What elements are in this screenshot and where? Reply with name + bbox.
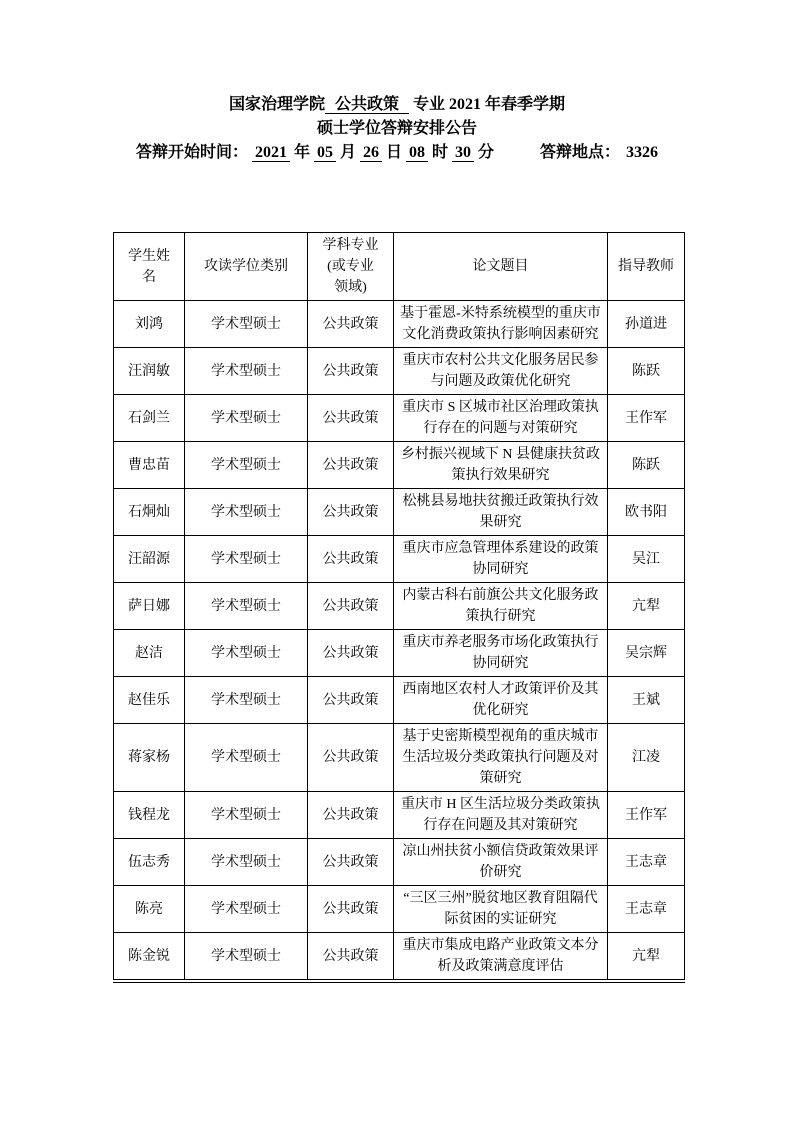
cell-advisor: 孙道进 — [608, 301, 685, 348]
cell-name: 赵洁 — [114, 630, 185, 677]
cell-name: 陈金锐 — [114, 933, 185, 982]
cell-name: 伍志秀 — [114, 839, 185, 886]
cell-major: 公共政策 — [308, 583, 394, 630]
cell-major: 公共政策 — [308, 301, 394, 348]
defense-minute: 30 — [452, 144, 474, 162]
cell-name: 赵佳乐 — [114, 677, 185, 724]
table-row: 伍志秀学术型硕士公共政策凉山州扶贫小额信贷政策效果评价研究王志章 — [114, 839, 685, 886]
cell-degree: 学术型硕士 — [185, 630, 308, 677]
hour-unit: 时 — [432, 144, 448, 161]
table-header-row: 学生姓 名 攻读学位类别 学科专业 (或专业 领域) 论文题目 指导教师 — [114, 233, 685, 301]
cell-title: 凉山州扶贫小额信贷政策效果评价研究 — [394, 839, 608, 886]
defense-time-line: 答辩开始时间：2021年05月26日08时30分答辩地点：3326 — [0, 141, 794, 165]
page: { "header": { "line1": { "school": "国家治理… — [0, 0, 794, 1123]
cell-major: 公共政策 — [308, 442, 394, 489]
table-row: 曹忠苗学术型硕士公共政策乡村振兴视域下 N 县健康扶贫政策执行效果研究陈跃 — [114, 442, 685, 489]
defense-year: 2021 — [252, 144, 290, 162]
cell-advisor: 江凌 — [608, 724, 685, 792]
cell-degree: 学术型硕士 — [185, 536, 308, 583]
table-row: 石烔灿学术型硕士公共政策松桃县易地扶贫搬迁政策执行效果研究欧书阳 — [114, 489, 685, 536]
cell-title: 重庆市养老服务市场化政策执行协同研究 — [394, 630, 608, 677]
year-unit: 年 — [294, 144, 310, 161]
cell-major: 公共政策 — [308, 630, 394, 677]
cell-title: 基于霍恩-米特系统模型的重庆市文化消费政策执行影响因素研究 — [394, 301, 608, 348]
cell-major: 公共政策 — [308, 348, 394, 395]
defense-location-value: 3326 — [626, 144, 658, 161]
cell-degree: 学术型硕士 — [185, 677, 308, 724]
defense-hour: 08 — [406, 144, 428, 162]
cell-advisor: 欧书阳 — [608, 489, 685, 536]
cell-advisor: 王作军 — [608, 792, 685, 839]
cell-degree: 学术型硕士 — [185, 489, 308, 536]
defense-time-label: 答辩开始时间： — [136, 144, 248, 161]
cell-advisor: 王志章 — [608, 886, 685, 933]
defense-day: 26 — [360, 144, 382, 162]
document-title-line1: 国家治理学院公共政策 专业 2021 年春季学期 — [0, 93, 794, 117]
cell-advisor: 王作军 — [608, 395, 685, 442]
column-header-student-name: 学生姓 名 — [114, 233, 185, 301]
cell-title: 乡村振兴视域下 N 县健康扶贫政策执行效果研究 — [394, 442, 608, 489]
cell-title: 重庆市集成电路产业政策文本分析及政策满意度评估 — [394, 933, 608, 982]
cell-title: 重庆市应急管理体系建设的政策协同研究 — [394, 536, 608, 583]
document-title-line2: 硕士学位答辩安排公告 — [0, 117, 794, 141]
table-row: 赵洁学术型硕士公共政策重庆市养老服务市场化政策执行协同研究吴宗辉 — [114, 630, 685, 677]
cell-degree: 学术型硕士 — [185, 301, 308, 348]
cell-major: 公共政策 — [308, 839, 394, 886]
table-row: 石剑兰学术型硕士公共政策重庆市 S 区城市社区治理政策执行存在的问题与对策研究王… — [114, 395, 685, 442]
cell-degree: 学术型硕士 — [185, 583, 308, 630]
cell-advisor: 亢犁 — [608, 583, 685, 630]
cell-degree: 学术型硕士 — [185, 839, 308, 886]
table-row: 陈亮学术型硕士公共政策“三区三州”脱贫地区教育阻隔代际贫困的实证研究王志章 — [114, 886, 685, 933]
table-row: 赵佳乐学术型硕士公共政策西南地区农村人才政策评价及其优化研究王斌 — [114, 677, 685, 724]
cell-name: 陈亮 — [114, 886, 185, 933]
column-header-major: 学科专业 (或专业 领域) — [308, 233, 394, 301]
table-row: 蒋家杨学术型硕士公共政策基于史密斯模型视角的重庆城市生活垃圾分类政策执行问题及对… — [114, 724, 685, 792]
cell-major: 公共政策 — [308, 395, 394, 442]
cell-name: 曹忠苗 — [114, 442, 185, 489]
cell-name: 石剑兰 — [114, 395, 185, 442]
cell-title: 重庆市 H 区生活垃圾分类政策执行存在问题及其对策研究 — [394, 792, 608, 839]
table-row: 汪润敏学术型硕士公共政策重庆市农村公共文化服务居民参与问题及政策优化研究陈跃 — [114, 348, 685, 395]
school-name: 国家治理学院 — [229, 96, 325, 113]
defense-month: 05 — [314, 144, 336, 162]
cell-major: 公共政策 — [308, 792, 394, 839]
cell-degree: 学术型硕士 — [185, 395, 308, 442]
cell-degree: 学术型硕士 — [185, 442, 308, 489]
table-body: 刘鸿学术型硕士公共政策基于霍恩-米特系统模型的重庆市文化消费政策执行影响因素研究… — [114, 301, 685, 982]
table-row: 钱程龙学术型硕士公共政策重庆市 H 区生活垃圾分类政策执行存在问题及其对策研究王… — [114, 792, 685, 839]
cell-name: 蒋家杨 — [114, 724, 185, 792]
cell-advisor: 陈跃 — [608, 442, 685, 489]
cell-major: 公共政策 — [308, 677, 394, 724]
cell-degree: 学术型硕士 — [185, 933, 308, 982]
cell-degree: 学术型硕士 — [185, 724, 308, 792]
column-header-thesis-title: 论文题目 — [394, 233, 608, 301]
cell-title: 内蒙古科右前旗公共文化服务政策执行研究 — [394, 583, 608, 630]
cell-major: 公共政策 — [308, 933, 394, 982]
table-row: 陈金锐学术型硕士公共政策重庆市集成电路产业政策文本分析及政策满意度评估亢犁 — [114, 933, 685, 982]
document: 国家治理学院公共政策 专业 2021 年春季学期 硕士学位答辩安排公告 答辩开始… — [0, 0, 794, 983]
cell-major: 公共政策 — [308, 724, 394, 792]
cell-title: 重庆市农村公共文化服务居民参与问题及政策优化研究 — [394, 348, 608, 395]
major-underlined: 公共政策 — [325, 96, 409, 114]
cell-name: 汪润敏 — [114, 348, 185, 395]
cell-advisor: 王斌 — [608, 677, 685, 724]
cell-degree: 学术型硕士 — [185, 348, 308, 395]
cell-advisor: 吴江 — [608, 536, 685, 583]
cell-degree: 学术型硕士 — [185, 886, 308, 933]
day-unit: 日 — [386, 144, 402, 161]
cell-major: 公共政策 — [308, 886, 394, 933]
cell-name: 汪韶源 — [114, 536, 185, 583]
cell-title: 基于史密斯模型视角的重庆城市生活垃圾分类政策执行问题及对策研究 — [394, 724, 608, 792]
defense-schedule-table: 学生姓 名 攻读学位类别 学科专业 (或专业 领域) 论文题目 指导教师 刘鸿学… — [113, 232, 685, 983]
cell-advisor: 亢犁 — [608, 933, 685, 982]
cell-name: 萨日娜 — [114, 583, 185, 630]
cell-name: 刘鸿 — [114, 301, 185, 348]
cell-name: 石烔灿 — [114, 489, 185, 536]
cell-degree: 学术型硕士 — [185, 792, 308, 839]
table-row: 萨日娜学术型硕士公共政策内蒙古科右前旗公共文化服务政策执行研究亢犁 — [114, 583, 685, 630]
minute-unit: 分 — [478, 144, 494, 161]
title-block: 国家治理学院公共政策 专业 2021 年春季学期 硕士学位答辩安排公告 答辩开始… — [0, 93, 794, 165]
cell-title: 西南地区农村人才政策评价及其优化研究 — [394, 677, 608, 724]
column-header-degree-type: 攻读学位类别 — [185, 233, 308, 301]
table-header: 学生姓 名 攻读学位类别 学科专业 (或专业 领域) 论文题目 指导教师 — [114, 233, 685, 301]
cell-major: 公共政策 — [308, 536, 394, 583]
column-header-advisor: 指导教师 — [608, 233, 685, 301]
month-unit: 月 — [340, 144, 356, 161]
table-row: 刘鸿学术型硕士公共政策基于霍恩-米特系统模型的重庆市文化消费政策执行影响因素研究… — [114, 301, 685, 348]
title-line1-suffix: 专业 2021 年春季学期 — [413, 96, 565, 113]
cell-name: 钱程龙 — [114, 792, 185, 839]
cell-advisor: 陈跃 — [608, 348, 685, 395]
cell-title: 松桃县易地扶贫搬迁政策执行效果研究 — [394, 489, 608, 536]
cell-major: 公共政策 — [308, 489, 394, 536]
defense-location-label: 答辩地点： — [540, 144, 620, 161]
cell-title: “三区三州”脱贫地区教育阻隔代际贫困的实证研究 — [394, 886, 608, 933]
cell-advisor: 吴宗辉 — [608, 630, 685, 677]
cell-advisor: 王志章 — [608, 839, 685, 886]
cell-title: 重庆市 S 区城市社区治理政策执行存在的问题与对策研究 — [394, 395, 608, 442]
table-row: 汪韶源学术型硕士公共政策重庆市应急管理体系建设的政策协同研究吴江 — [114, 536, 685, 583]
